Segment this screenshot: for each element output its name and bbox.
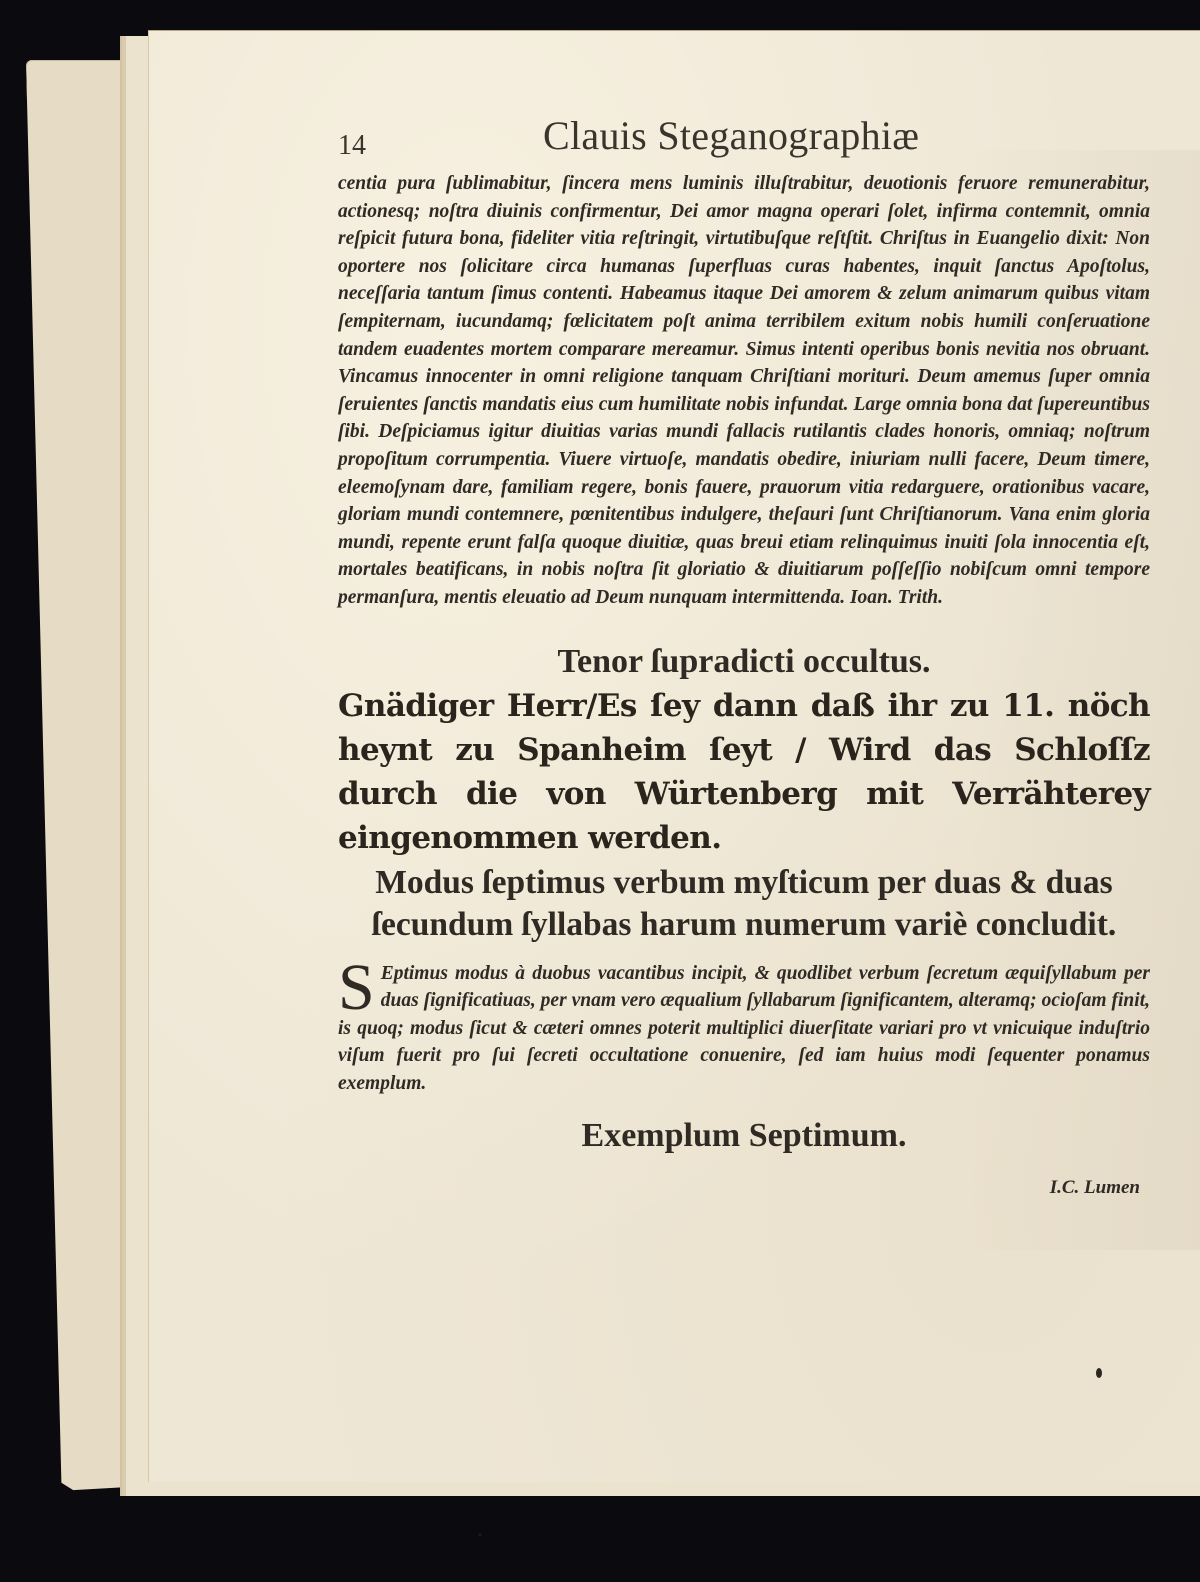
running-title: Clauis Steganographiæ [543, 112, 919, 159]
page-number: 14 [338, 130, 366, 162]
septimus-paragraph: S Eptimus modus à duobus vacantibus inci… [338, 960, 1150, 1098]
catchword: I.C. Lumen [338, 1177, 1150, 1199]
body-paragraph: centia pura ſublimabitur, ſincera mens l… [338, 170, 1150, 612]
blackletter-hidden-message: Gnädiger Herr/Es ſey dann daß ihr zu 11.… [338, 684, 1150, 860]
running-head: 14 Clauis Steganographiæ [338, 108, 1150, 170]
tenor-heading: Tenor ſupradicti occultus. [338, 640, 1150, 684]
ink-spot [1096, 1368, 1102, 1378]
drop-cap: S [338, 962, 375, 1014]
septimus-paragraph-text: Eptimus modus à duobus vacantibus incipi… [338, 963, 1150, 1094]
page-content: 14 Clauis Steganographiæ centia pura ſub… [338, 108, 1150, 1199]
modus-heading: Modus ſeptimus verbum myſticum per duas … [338, 862, 1150, 946]
exemplum-heading: Exemplum Septimum. [338, 1115, 1150, 1157]
